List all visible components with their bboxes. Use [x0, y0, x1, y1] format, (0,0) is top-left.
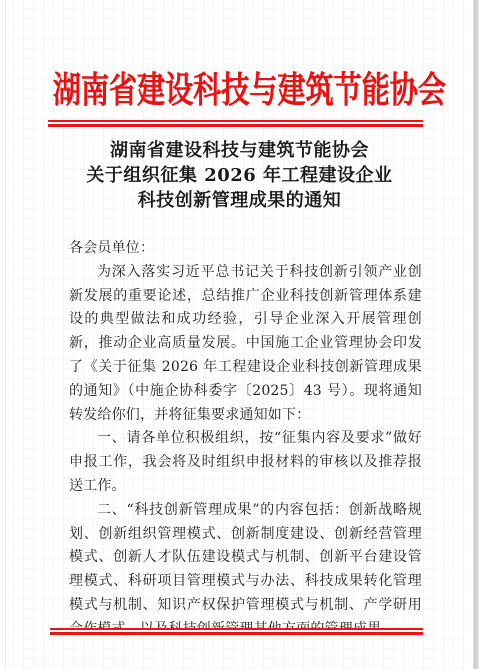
notice-title-line-3: 科技创新管理成果的通知 [0, 188, 479, 213]
notice-title-line-1: 湖南省建设科技与建筑节能协会 [0, 138, 479, 163]
notice-title-line-2: 关于组织征集 2026 年工程建设企业 [0, 163, 479, 188]
notice-body: 各会员单位： 为深入落实习近平总书记关于科技创新引领产业创新发展的重要论述，总结… [69, 237, 422, 642]
page-right-edge [470, 0, 479, 669]
footer-divider-line [50, 628, 423, 635]
notice-title: 湖南省建设科技与建筑节能协会 关于组织征集 2026 年工程建设企业 科技创新管… [0, 138, 479, 213]
body-paragraph-2: 一、请各单位积极组织，按“征集内容及要求”做好申报工作，我会将及时组织申报材料的… [69, 427, 422, 498]
body-paragraph-1: 为深入落实习近平总书记关于科技创新引领产业创新发展的重要论述，总结推广企业科技创… [69, 261, 422, 428]
salutation-line: 各会员单位： [69, 237, 422, 261]
document-page: 湖南省建设科技与建筑节能协会 湖南省建设科技与建筑节能协会 关于组织征集 202… [0, 0, 479, 669]
header-divider-line [48, 120, 423, 127]
body-paragraph-3: 二、“科技创新管理成果”的内容包括：创新战略规划、创新组织管理模式、创新制度建设… [69, 499, 422, 642]
org-name-header: 湖南省建设科技与建筑节能协会 [53, 68, 427, 112]
page-left-edge [5, 0, 6, 669]
